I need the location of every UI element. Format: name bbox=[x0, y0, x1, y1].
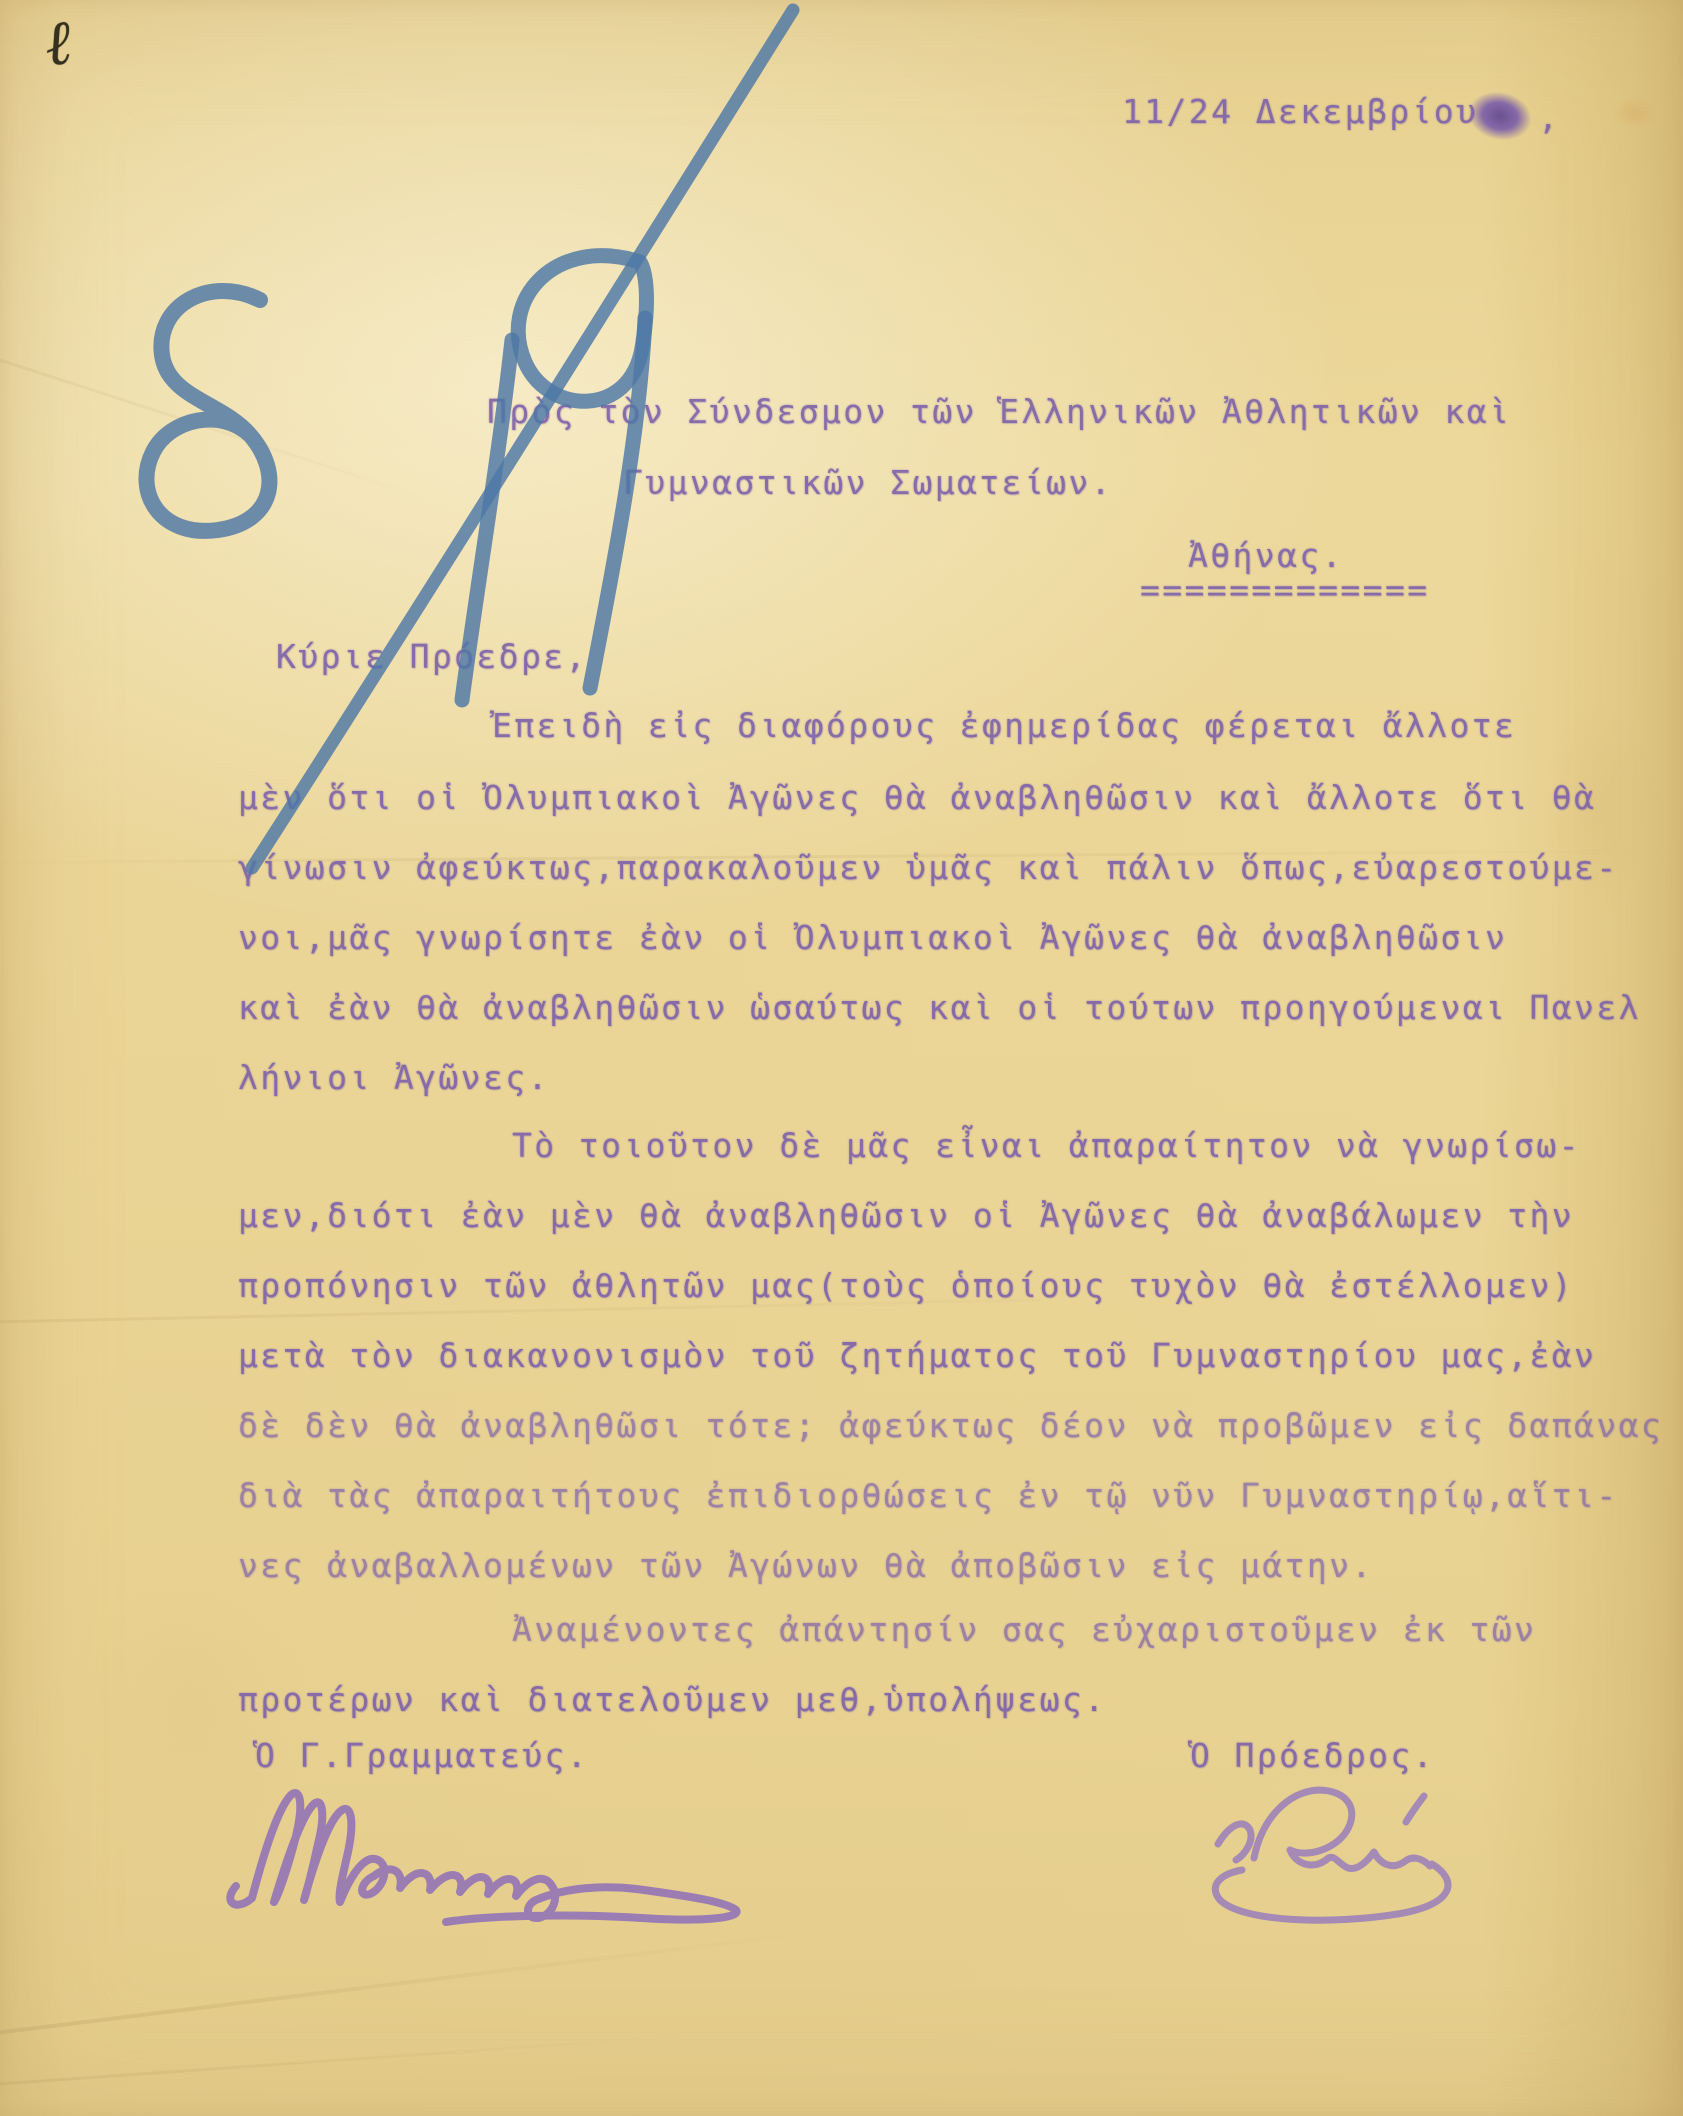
body-line: νες ἀναβαλλομένων τῶν Ἀγώνων θὰ ἀποβῶσιν… bbox=[238, 1546, 1374, 1585]
paper-crease bbox=[0, 2033, 699, 2089]
date-suffix: , bbox=[1538, 98, 1560, 137]
paper-crease bbox=[0, 353, 458, 510]
secretary-signature bbox=[230, 1793, 736, 1922]
annotation-digit-9-loop bbox=[518, 256, 646, 402]
body-line: διὰ τὰς ἀπαραιτήτους ἐπιδιορθώσεις ἐν τῷ… bbox=[238, 1476, 1619, 1515]
body-line: Τὸ τοιοῦτον δὲ μᾶς εἶναι ἀπαραίτητον νὰ … bbox=[512, 1126, 1581, 1165]
salutation: Κύριε Πρόεδρε, bbox=[276, 637, 588, 676]
president-signature bbox=[1215, 1790, 1448, 1920]
recipient-rule: ============= bbox=[1140, 570, 1429, 609]
paper-crease bbox=[0, 1930, 817, 2044]
body-line: προτέρων καὶ διατελοῦμεν μεθ,ὑπολήψεως. bbox=[238, 1680, 1106, 1719]
body-line: γίνωσιν ἀφεύκτως,παρακαλοῦμεν ὑμᾶς καὶ π… bbox=[238, 848, 1619, 887]
body-line: καὶ ἐὰν θὰ ἀναβληθῶσιν ὡσαύτως καὶ οἱ το… bbox=[238, 988, 1641, 1027]
date-line: 11/24 Δεκεμβρίου bbox=[1122, 92, 1478, 131]
body-line: δὲ δὲν θὰ ἀναβληθῶσι τότε; ἀφεύκτως δέον… bbox=[238, 1406, 1663, 1445]
body-line: νοι,μᾶς γνωρίσητε ἐὰν οἱ Ὀλυμπιακοὶ Ἀγῶν… bbox=[238, 918, 1507, 957]
body-line: προπόνησιν τῶν ἀθλητῶν μας(τοὺς ὁποίους … bbox=[238, 1266, 1574, 1305]
annotation-digit-9-stem bbox=[590, 318, 645, 688]
recipient-line-2: Γυμναστικῶν Σωματείων. bbox=[623, 463, 1113, 502]
paper-stain bbox=[1612, 96, 1658, 130]
body-line: λήνιοι Ἀγῶνες. bbox=[238, 1058, 550, 1097]
recipient-line-1: Πρὸς τὸν Σύνδεσμον τῶν Ἑλληνικῶν Ἀθλητικ… bbox=[487, 392, 1511, 431]
body-line: μεν,διότι ἐὰν μὲν θὰ ἀναβληθῶσιν οἱ Ἀγῶν… bbox=[238, 1196, 1574, 1235]
corner-ink-mark: ℓ bbox=[42, 5, 76, 81]
secretary-title: Ὁ Γ.Γραμματεύς. bbox=[255, 1736, 589, 1775]
body-line: Ἀναμένοντες ἀπάντησίν σας εὐχαριστοῦμεν … bbox=[512, 1610, 1536, 1649]
annotation-digit-8 bbox=[146, 291, 269, 531]
president-title: Ὁ Πρόεδρος. bbox=[1190, 1736, 1435, 1775]
body-line: Ἐπειδὴ εἰς διαφόρους ἐφημερίδας φέρεται … bbox=[492, 706, 1516, 745]
body-line: μετὰ τὸν διακανονισμὸν τοῦ ζητήματος τοῦ… bbox=[238, 1336, 1596, 1375]
body-line: μὲν ὅτι οἱ Ὀλυμπιακοὶ Ἀγῶνες θὰ ἀναβληθῶ… bbox=[238, 778, 1596, 817]
letter-page: ℓ 11/24 Δεκεμβρίου , Πρὸς τὸν Σύνδεσμον … bbox=[0, 0, 1683, 2116]
